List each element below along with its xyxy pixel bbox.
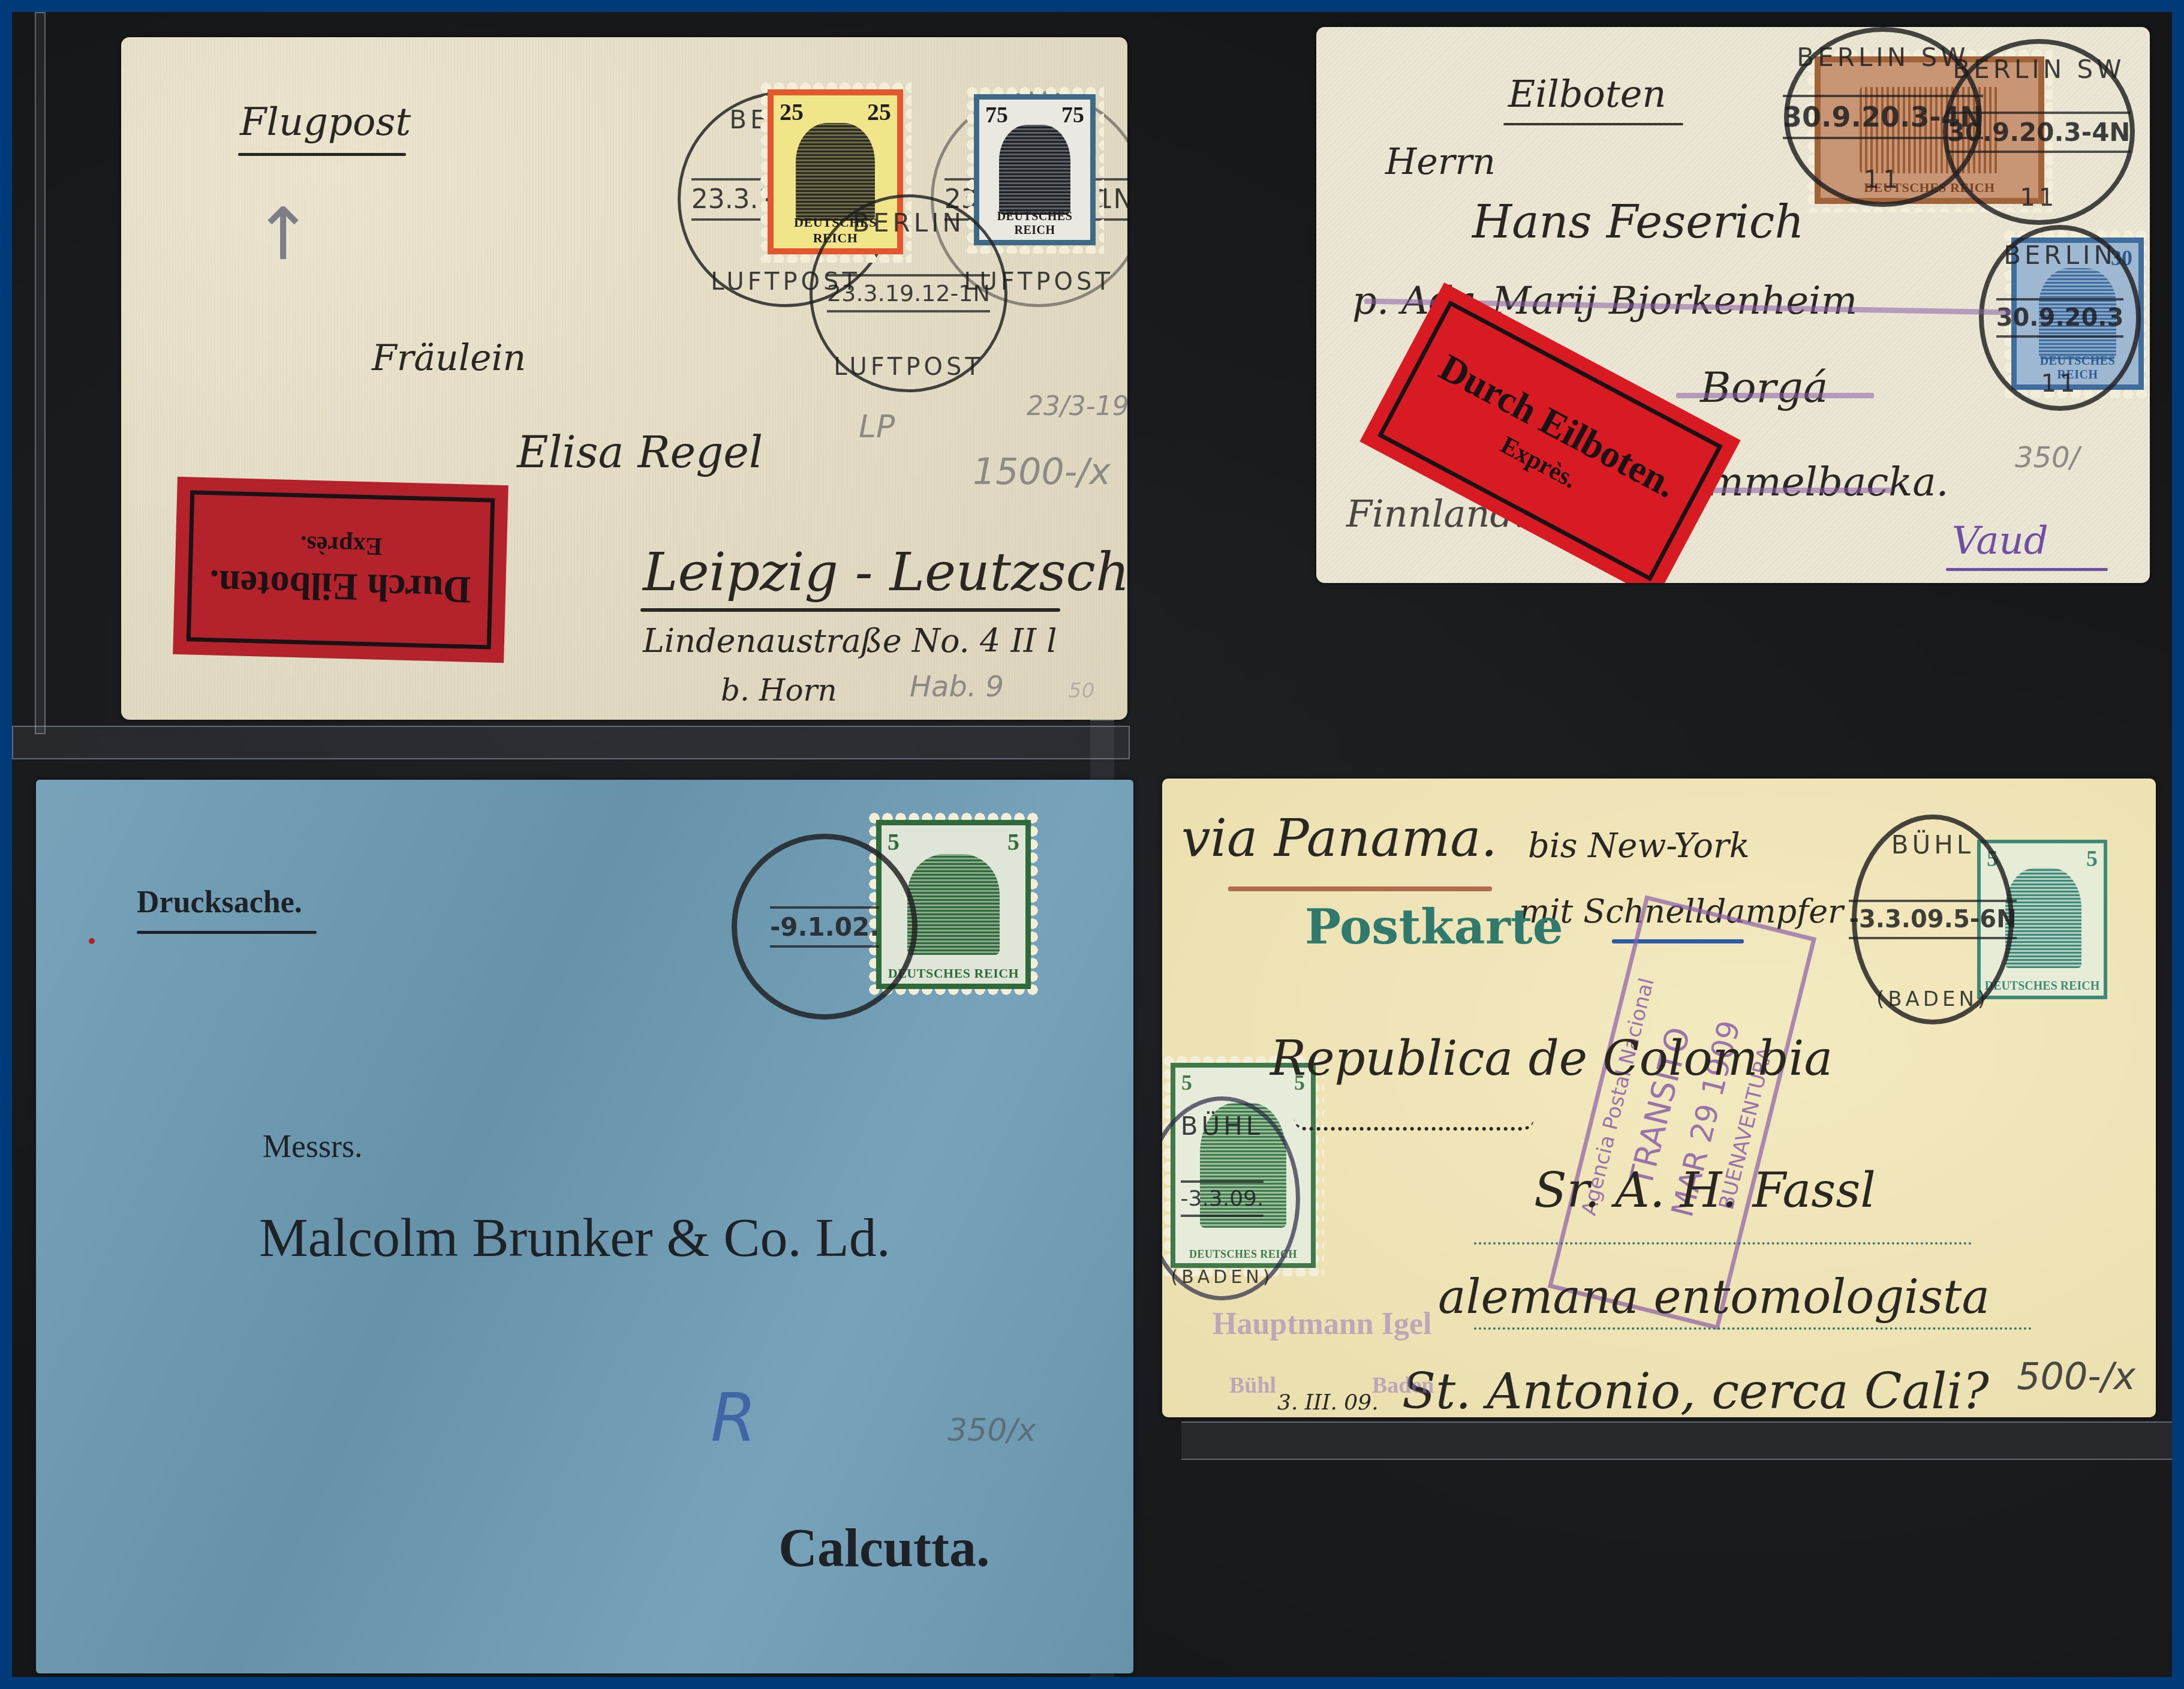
country-underline-wavy [1294,1111,1534,1131]
red-dot [89,938,95,944]
cover-drucksache[interactable]: Drucksache. 55 DEUTSCHES REICH -9.1.02. … [36,780,1133,1673]
sender-stamp-region: Baden [1372,1372,1434,1399]
address-city: Leipzig - Leutzsch [643,541,1127,603]
strike-violet [1676,393,1874,398]
address-name: Hans Feserich [1472,195,1804,248]
route-underline-brown [1228,886,1492,891]
route-note-new-york: bis New-York [1528,827,1750,865]
postmark-luftpost-3: BERLIN 23.3.19.12-1N LUFTPOST [810,194,1007,392]
address-city: Calcutta. [778,1517,989,1579]
postkarte-title: Postkarte [1305,898,1563,955]
address-line3: alemana entomologista [1438,1270,1990,1324]
pencil-price: 350/x [947,1412,1036,1448]
address-country: Republica de Colombia [1270,1030,1833,1086]
underline [238,153,406,156]
redirect-underline [1946,568,2108,571]
album-page: Flugpost ↑ BERLIN 23.3.19.12-1N LUFTPOST… [12,12,2172,1677]
underline [137,931,317,934]
postmark-buehl-2: BÜHL -3.3.09. (BADEN) [1162,1096,1300,1300]
address-line-2 [1474,1327,2032,1330]
annotation-eilboten: Eilboten [1508,72,1666,116]
postmark-drucksache: -9.1.02. [732,834,917,1020]
pencil-small: 50 [1069,679,1094,703]
date-note: 3. III. 09. [1277,1390,1379,1415]
address-name: Sr. A. H. Fassl [1534,1162,1876,1218]
pencil-lp-note: LP [859,409,895,445]
route-note-via-panama: via Panama. [1181,809,1497,868]
address-salutation: Messrs. [263,1128,363,1165]
pencil-mark-r: R [711,1380,756,1456]
postmark-berlin-sw-2: BERLIN SW 30.9.20.3-4N 11 [1943,39,2135,225]
pencil-price: 350/ [2015,441,2080,474]
pencil-price: 1500-/x [973,451,1111,493]
cover-eilboten[interactable]: Eilboten DEUTSCHES REICH 30 DEUTSCHES RE… [1316,27,2150,583]
postmark-buehl-1: BÜHL -3.3.09.5-6N (BADEN) [1852,815,2014,1024]
sleeve-strip-bottom-right [1181,1421,2172,1460]
transit-stamp: Agencia Postal Nacional TRANSITO MAR 29 … [1548,895,1816,1330]
pencil-catalog: Hab. 9 [910,670,1004,704]
sleeve-strip-horizontal [12,726,1130,759]
address-line-1 [1474,1242,1972,1245]
cover-flugpost[interactable]: Flugpost ↑ BERLIN 23.3.19.12-1N LUFTPOST… [121,37,1127,720]
address-redirect: Vaud [1952,519,2048,563]
address-city-struck: Borgá [1700,363,1828,412]
postmark-berlin-3: BERLIN 30.9.20.3 11 [1979,225,2141,411]
annotation-drucksache: Drucksache. [137,885,302,920]
address-care-of: b. Horn [721,673,837,708]
address-city: St. Antonio, cerca Cali? [1402,1363,1989,1417]
address-name: Elisa Regel [517,427,763,477]
underline [1503,123,1683,125]
address-salutation: Fräulein [372,337,526,379]
pencil-price: 500-/x [2017,1354,2135,1398]
card-postkarte[interactable]: via Panama. bis New-York mit Schnelldamp… [1162,779,2156,1417]
pencil-date-note: 23/3-19 [1027,391,1127,422]
address-street: Lindenaustraße No. 4 II l [643,622,1057,660]
sender-stamp-town: Bühl [1229,1372,1276,1399]
express-label: Durch Eilboten. Exprès. [173,477,509,663]
address-salutation: Herrn [1385,141,1496,183]
annotation-flugpost: Flugpost [240,100,411,145]
sleeve-strip-left [35,12,46,734]
arrow-mark: ↑ [253,193,314,277]
address-name: Malcolm Brunker & Co. Ld. [259,1206,891,1269]
express-label: Durch Eilboten. Exprès. [1359,282,1740,583]
city-underline [640,608,1060,612]
sender-stamp-name: Hauptmann Igel [1213,1306,1432,1342]
